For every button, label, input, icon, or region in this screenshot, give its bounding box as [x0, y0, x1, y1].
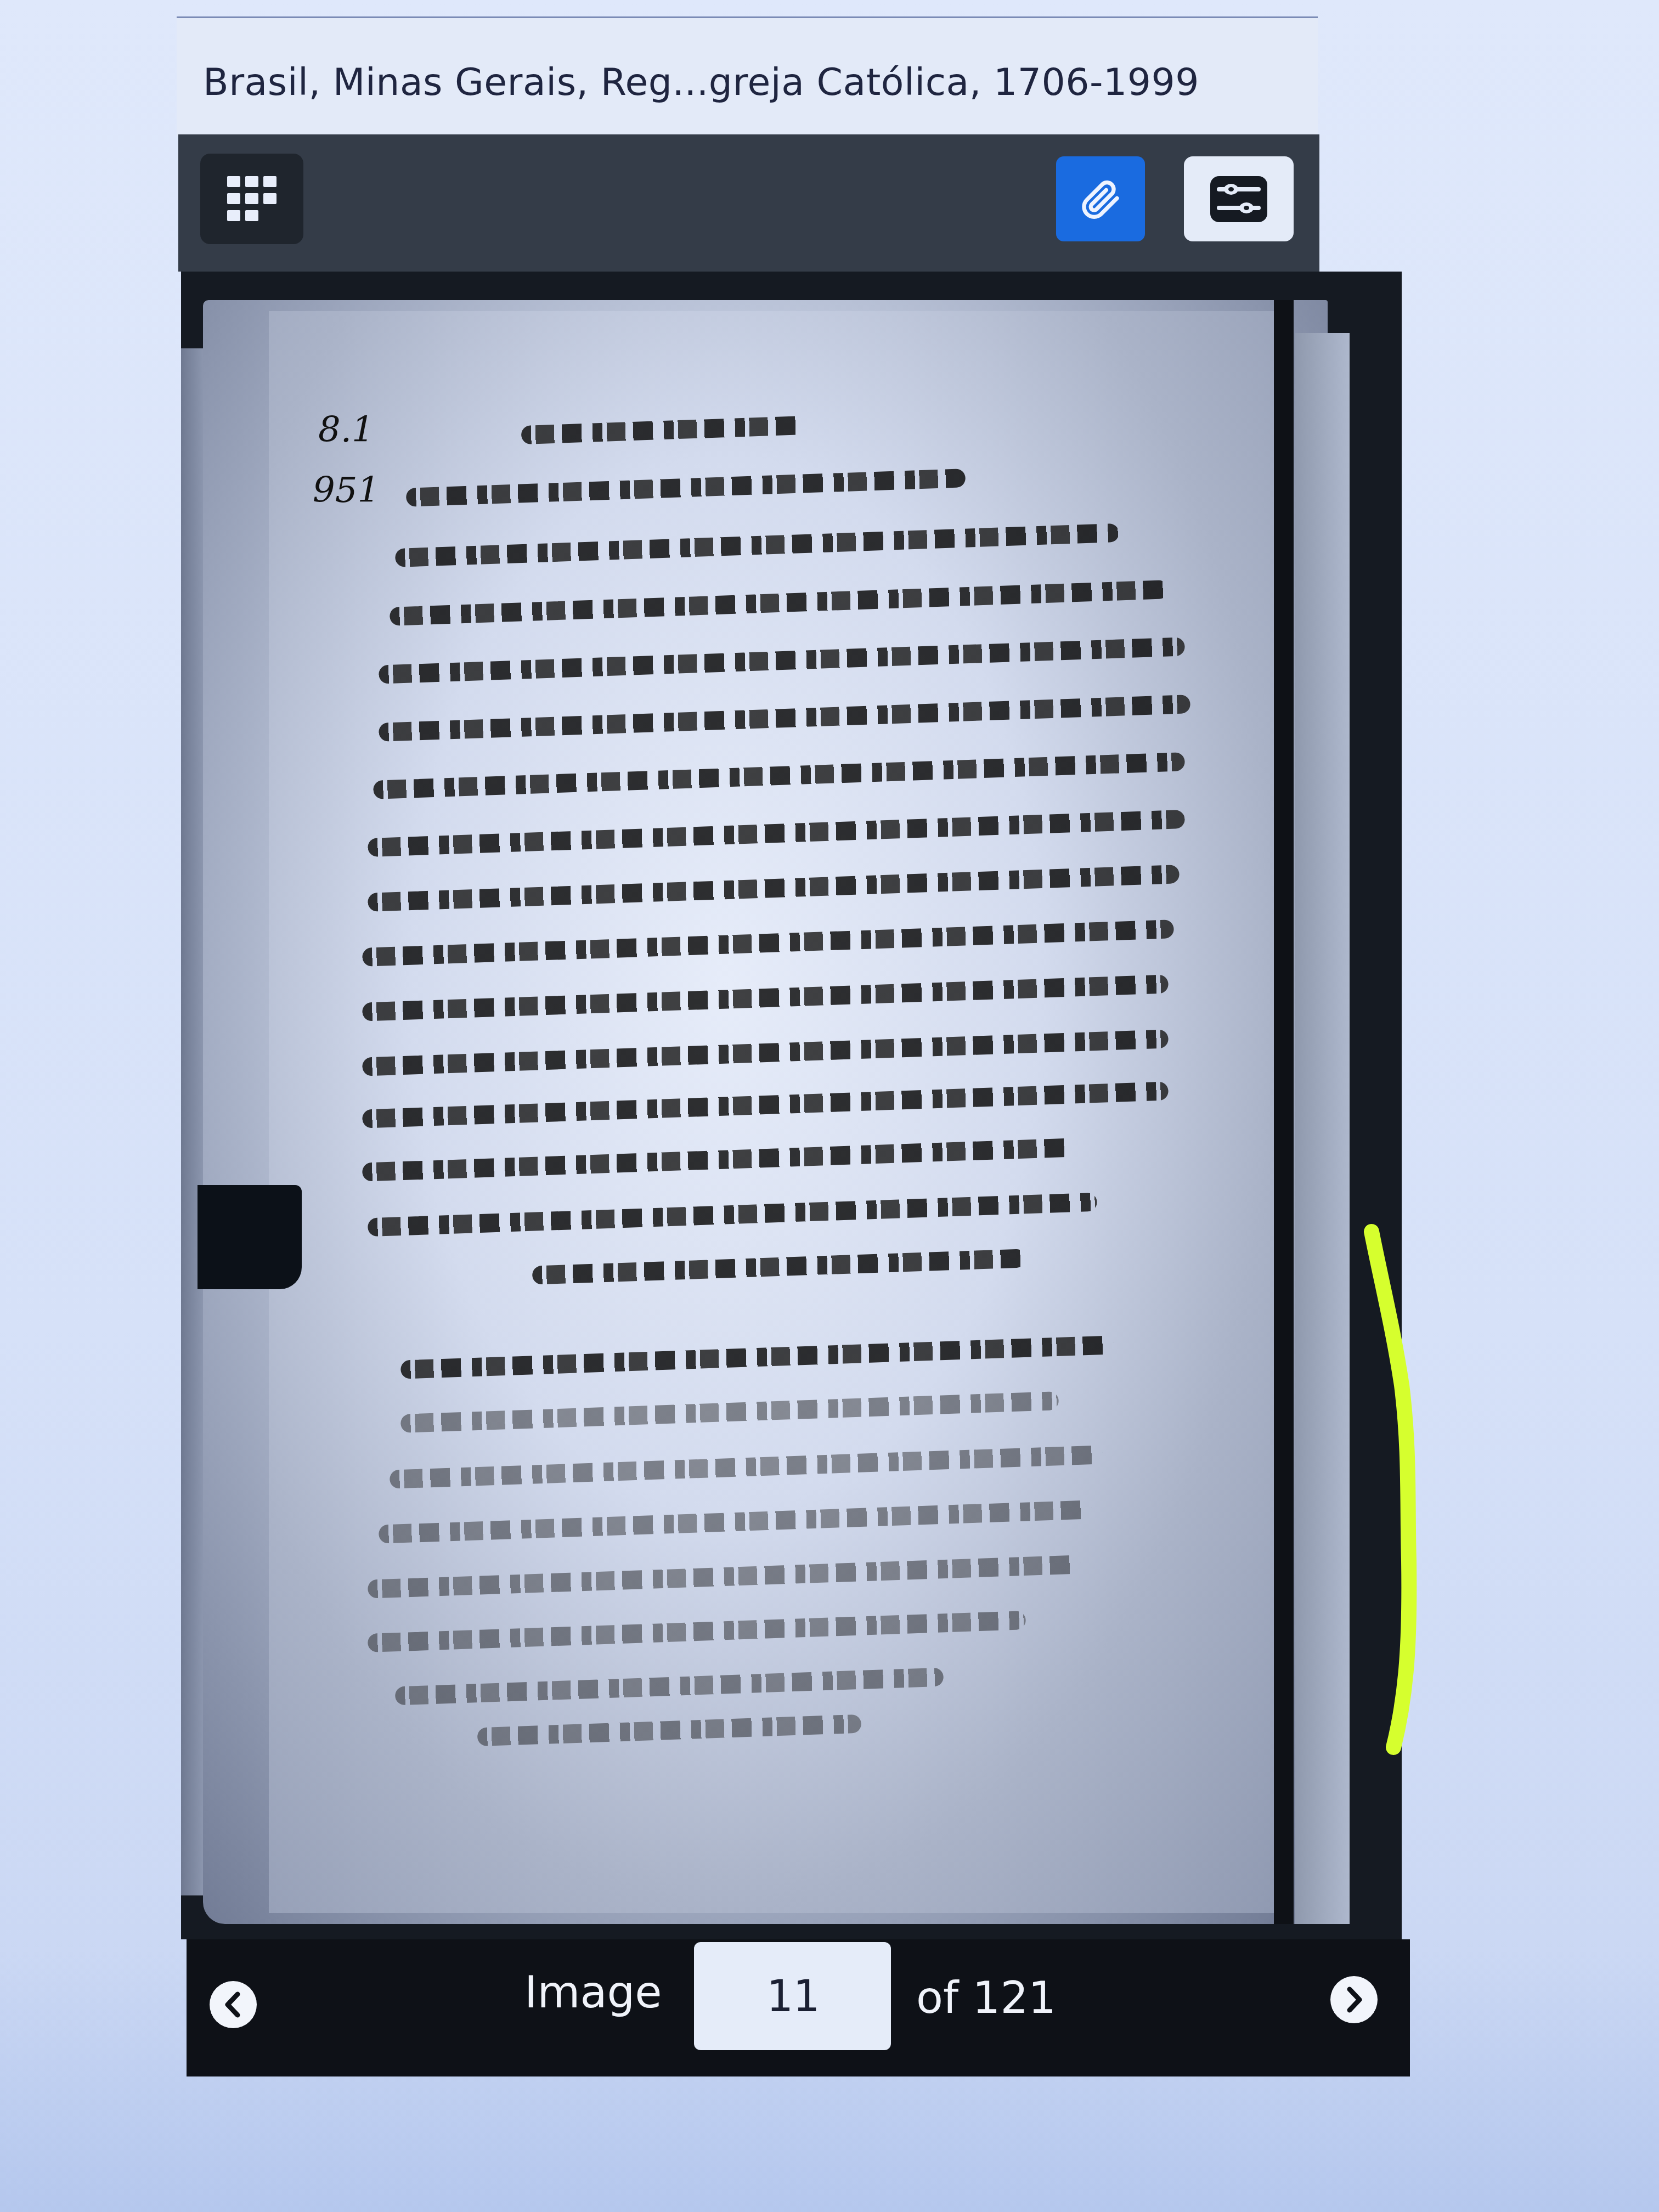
previous-image-button[interactable]: [210, 1981, 257, 2028]
gallery-grid-button[interactable]: [200, 154, 303, 244]
next-image-button[interactable]: [1330, 1976, 1378, 2023]
page-gutter-line: [1274, 300, 1294, 1924]
page-number-input[interactable]: [694, 1942, 891, 2050]
document-page-scan: 8.1 951: [203, 300, 1328, 1924]
viewer-toolbar: [178, 134, 1319, 272]
image-label: Image: [524, 1967, 662, 2018]
document-image-viewer[interactable]: 8.1 951: [181, 272, 1402, 1939]
binding-tab-shadow: [198, 1185, 302, 1289]
image-navigation-bar: Image of 121: [187, 1939, 1410, 2076]
attach-button[interactable]: [1056, 156, 1145, 241]
paperclip-icon: [1079, 177, 1122, 221]
highlighter-mark: [1355, 1221, 1432, 1769]
chevron-left-icon: [222, 1991, 244, 2018]
grid-icon: [227, 176, 276, 222]
next-page-edge: [1295, 333, 1350, 1924]
total-images-label: of 121: [916, 1972, 1056, 2023]
margin-note-top: 8.1: [318, 410, 374, 450]
sliders-icon: [1210, 176, 1267, 222]
collection-title: Brasil, Minas Gerais, Reg...greja Católi…: [203, 61, 1199, 104]
collection-title-bar: Brasil, Minas Gerais, Reg...greja Católi…: [177, 16, 1318, 136]
image-tools-button[interactable]: [1184, 156, 1294, 241]
chevron-right-icon: [1343, 1986, 1365, 2013]
margin-note-number: 951: [313, 470, 380, 511]
handwritten-text: [313, 382, 1245, 1754]
